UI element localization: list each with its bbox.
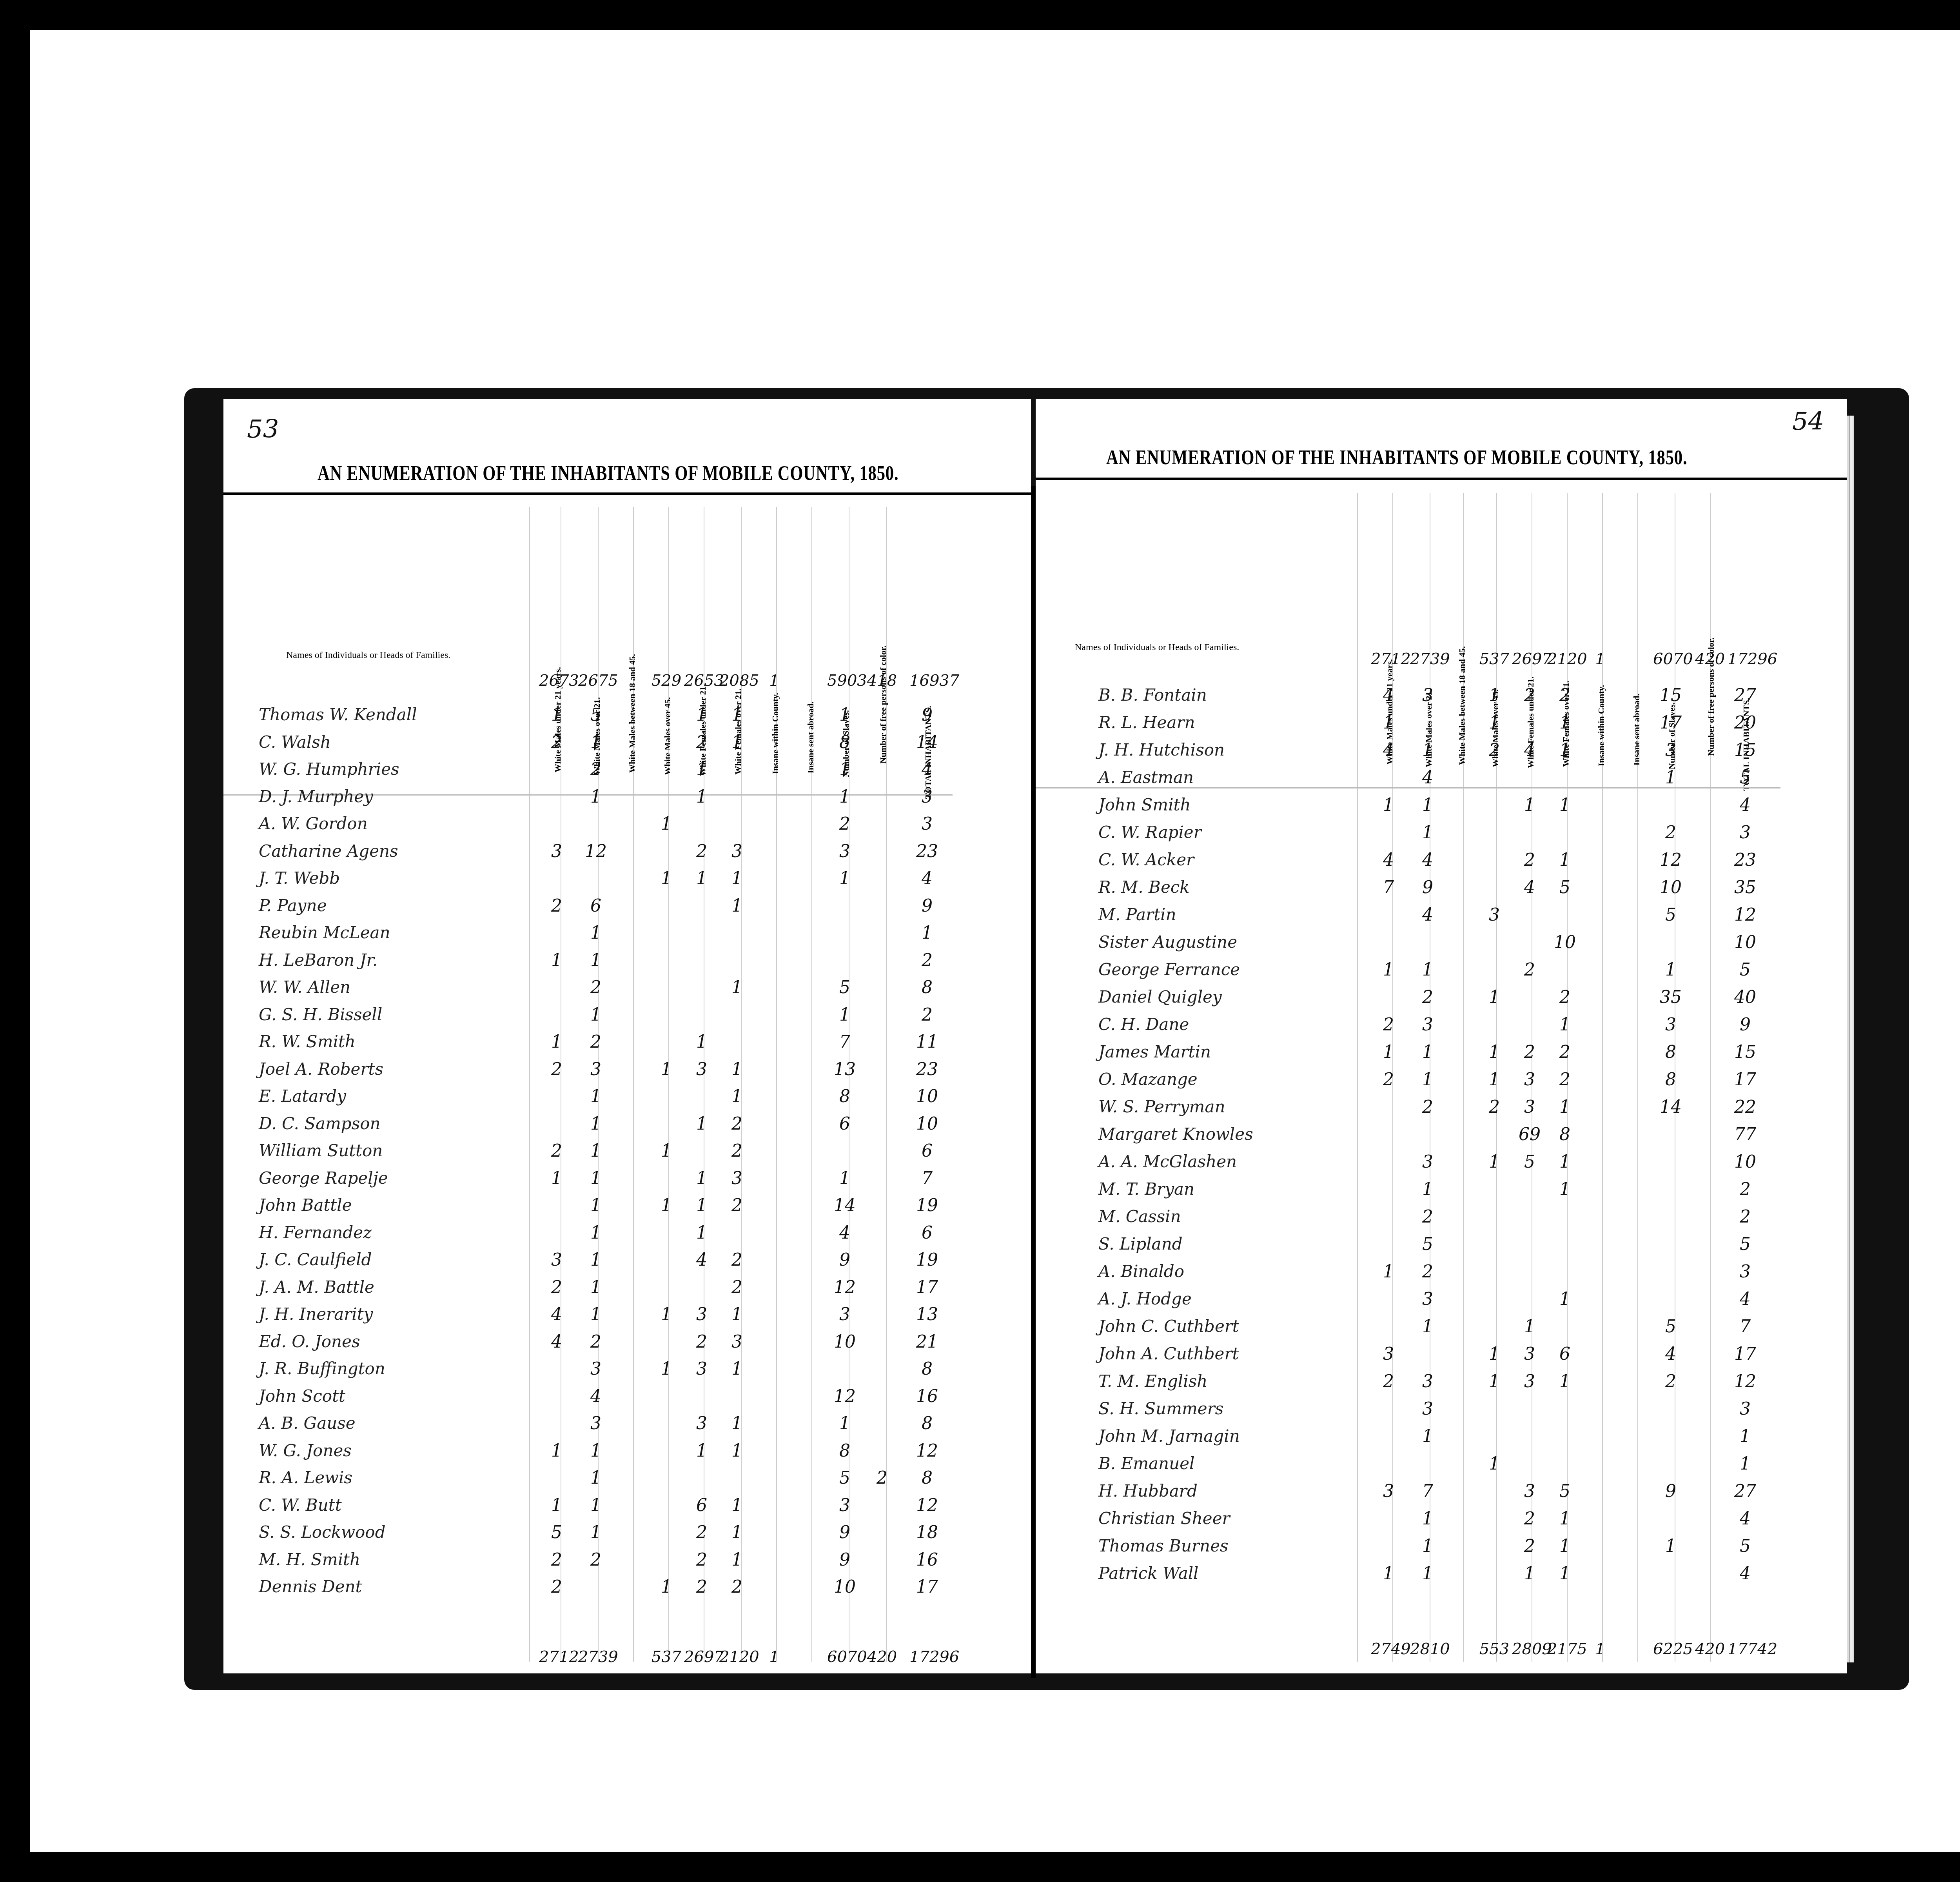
cell-value: 3 [909, 787, 945, 807]
household-name: G. S. H. Bissell [259, 1005, 382, 1024]
cell-value: 8 [827, 1086, 862, 1106]
household-name: Margaret Knowles [1098, 1124, 1253, 1144]
household-name: J. R. Buffington [259, 1359, 385, 1378]
household-name: William Sutton [259, 1141, 383, 1160]
household-name: R. L. Hearn [1098, 713, 1195, 732]
column-header: Insane sent abroad. [1632, 694, 1642, 766]
cell-value: 2712 [539, 1648, 574, 1666]
cell-value: 1 [578, 1005, 613, 1025]
cell-value: 1 [719, 868, 755, 888]
cell-value: 7 [909, 1168, 945, 1188]
cell-value: 1 [1547, 795, 1583, 815]
cell-value: 6 [827, 1114, 862, 1134]
cell-value: 1 [1547, 740, 1583, 760]
cell-value: 2675 [578, 672, 613, 690]
cell-value: 1 [578, 1168, 613, 1188]
cell-value: 2 [1728, 1207, 1763, 1227]
scan-canvas: 53 AN ENUMERATION OF THE INHABITANTS OF … [0, 0, 1960, 1882]
cell-value: 2 [539, 896, 574, 916]
cell-value: 1 [1410, 960, 1445, 980]
cell-value: 10 [827, 1332, 862, 1352]
cell-value: 4 [1728, 1289, 1763, 1309]
cell-value: 1 [1477, 1152, 1512, 1172]
household-name: Sister Augustine [1098, 932, 1237, 952]
household-name: George Rapelje [259, 1168, 388, 1188]
cell-value: 1 [1547, 850, 1583, 870]
cell-value: 1 [827, 759, 862, 779]
cell-value: 1 [827, 787, 862, 807]
household-name: S. S. Lockwood [259, 1522, 386, 1542]
cell-value: 3 [684, 1413, 719, 1433]
cell-value: 1 [1477, 1344, 1512, 1364]
cell-value: 1 [827, 705, 862, 725]
cell-value: 1 [578, 1522, 613, 1542]
cell-value: 1 [1371, 1042, 1406, 1062]
cell-value: 35 [1653, 987, 1688, 1007]
cell-value: 2673 [539, 672, 574, 690]
cell-value: 2 [1371, 1070, 1406, 1090]
cell-value: 7 [1410, 1481, 1445, 1501]
household-name: D. J. Murphey [259, 787, 373, 806]
cell-value: 1 [1371, 1564, 1406, 1584]
household-name: J. H. Hutchison [1098, 740, 1225, 759]
cell-value: 10 [1653, 877, 1688, 897]
column-header: Number of free persons of color. [878, 645, 888, 763]
cell-value: 1 [1477, 713, 1512, 733]
cell-value: 420 [1692, 1640, 1728, 1658]
cell-value: 1 [539, 705, 574, 725]
cell-value: 4 [1410, 768, 1445, 788]
cell-value: 16937 [909, 672, 945, 690]
cell-value: 2712 [1371, 650, 1406, 668]
cell-value: 6 [1547, 1344, 1583, 1364]
household-name: Christian Sheer [1098, 1509, 1230, 1528]
cell-value: 16 [909, 1550, 945, 1570]
cell-value: 2 [1477, 740, 1512, 760]
cell-value: 13 [909, 1304, 945, 1324]
cell-value: 1 [1512, 795, 1547, 815]
cell-value: 2 [864, 1468, 900, 1488]
cell-value: 2 [1728, 1179, 1763, 1199]
cell-value: 1 [1547, 1536, 1583, 1556]
column-rule [529, 507, 530, 1662]
cell-value: 2 [1653, 823, 1688, 843]
cell-value: 12 [827, 1386, 862, 1406]
cell-value: 3 [578, 1359, 613, 1379]
cell-value: 2 [719, 1577, 755, 1597]
cell-value: 4 [578, 1386, 613, 1406]
cell-value: 5 [827, 977, 862, 997]
cell-value: 4 [827, 1223, 862, 1243]
cell-value: 19 [909, 1250, 945, 1270]
cell-value: 2 [1512, 850, 1547, 870]
cell-value: 2 [578, 759, 613, 779]
cell-value: 8 [909, 1413, 945, 1433]
cell-value: 17 [1728, 1070, 1763, 1090]
cell-value: 1 [719, 896, 755, 916]
cell-value: 3 [1371, 1481, 1406, 1501]
cell-value: 10 [827, 1577, 862, 1597]
cell-value: 2175 [1547, 1640, 1583, 1658]
cell-value: 4 [1371, 850, 1406, 870]
cell-value: 4 [1728, 795, 1763, 815]
cell-value: 1 [1410, 1042, 1445, 1062]
cell-value: 1 [1547, 1289, 1583, 1309]
left-page: 53 AN ENUMERATION OF THE INHABITANTS OF … [223, 399, 1031, 1673]
cell-value: 17 [909, 1577, 945, 1597]
cell-value: 2 [1371, 1372, 1406, 1392]
cell-value: 1 [719, 1059, 755, 1079]
cell-value: 23 [909, 841, 945, 861]
cell-value: 3 [539, 841, 574, 861]
right-page: 54 AN ENUMERATION OF THE INHABITANTS OF … [1036, 399, 1847, 1673]
cell-value: 3 [1728, 1399, 1763, 1419]
cell-value: 21 [909, 1332, 945, 1352]
cell-value: 2697 [684, 1648, 719, 1666]
cell-value: 2 [719, 1114, 755, 1134]
household-name: M. Cassin [1098, 1207, 1181, 1226]
cell-value: 1 [827, 1005, 862, 1025]
cell-value: 2 [1410, 1262, 1445, 1282]
cell-value: 1 [578, 1441, 613, 1461]
cell-value: 3 [1371, 1344, 1406, 1364]
household-name: W. W. Allen [259, 977, 350, 997]
cell-value: 1 [1410, 1536, 1445, 1556]
cell-value: 3 [1728, 823, 1763, 843]
cell-value: 2 [1477, 1097, 1512, 1117]
cell-value: 2 [827, 814, 862, 834]
cell-value: 1 [684, 787, 719, 807]
column-rule [1357, 493, 1358, 1662]
cell-value: 1 [578, 950, 613, 970]
cell-value: 2 [719, 1141, 755, 1161]
household-name: W. G. Humphries [259, 759, 399, 779]
cell-value: 3 [1410, 1289, 1445, 1309]
cell-value: 4 [1728, 1509, 1763, 1529]
cell-value: 1 [1410, 1179, 1445, 1199]
cell-value: 5 [827, 1468, 862, 1488]
household-name: James Martin [1098, 1042, 1211, 1061]
cell-value: 3 [1653, 740, 1688, 760]
cell-value: 1 [1477, 987, 1512, 1007]
cell-value: 12 [827, 1277, 862, 1297]
cell-value: 1 [649, 1141, 684, 1161]
cell-value: 2085 [719, 672, 755, 690]
cell-value: 6 [909, 1223, 945, 1243]
cell-value: 5 [1547, 1481, 1583, 1501]
cell-value: 2 [1512, 1536, 1547, 1556]
cell-value: 9 [827, 1250, 862, 1270]
cell-value: 537 [1477, 650, 1512, 668]
cell-value: 1 [684, 1441, 719, 1461]
cell-value: 1 [719, 1522, 755, 1542]
column-header: Insane within County. [1596, 685, 1606, 766]
cell-value: 3 [909, 814, 945, 834]
cell-value: 7 [827, 1032, 862, 1052]
household-name: Dennis Dent [259, 1577, 362, 1596]
cell-value: 5 [1728, 1234, 1763, 1254]
cell-value: 537 [649, 1648, 684, 1666]
cell-value: 1 [719, 1413, 755, 1433]
cell-value: 2 [1512, 1042, 1547, 1062]
cell-value: 3 [578, 1059, 613, 1079]
cell-value: 1 [1410, 1509, 1445, 1529]
cell-value: 10 [1547, 932, 1583, 952]
cell-value: 2 [684, 841, 719, 861]
cell-value: 1 [578, 1114, 613, 1134]
cell-value: 2 [539, 1550, 574, 1570]
household-name: A. A. McGlashen [1098, 1152, 1237, 1171]
cell-value: 1 [1547, 1372, 1583, 1392]
cell-value: 3 [719, 1168, 755, 1188]
household-name: J. T. Webb [259, 868, 340, 888]
cell-value: 1 [1477, 1372, 1512, 1392]
column-header: White Males over 45. [662, 697, 673, 775]
cell-value: 3 [1512, 1481, 1547, 1501]
cell-value: 9 [827, 1522, 862, 1542]
column-rule [1637, 493, 1638, 1662]
cell-value: 3 [719, 841, 755, 861]
cell-value: 3 [827, 1495, 862, 1515]
cell-value: 4 [1512, 740, 1547, 760]
cell-value: 3 [827, 1304, 862, 1324]
cell-value: 1 [1653, 768, 1688, 788]
cell-value: 1 [827, 868, 862, 888]
page-title: AN ENUMERATION OF THE INHABITANTS OF MOB… [1106, 446, 1687, 469]
cell-value: 2 [539, 1277, 574, 1297]
cell-value: 1 [1410, 740, 1445, 760]
cell-value: 8 [909, 1468, 945, 1488]
cell-value: 2 [1410, 987, 1445, 1007]
cell-value: 1 [649, 1359, 684, 1379]
household-name: C. W. Acker [1098, 850, 1194, 869]
cell-value: 8 [827, 732, 862, 752]
household-name: Thomas W. Kendall [259, 705, 417, 724]
household-name: Catharine Agens [259, 841, 398, 861]
column-header: White Females over 21. [733, 688, 743, 775]
household-name: W. S. Perryman [1098, 1097, 1225, 1116]
cell-value: 12 [1728, 905, 1763, 925]
cell-value: 4 [1512, 877, 1547, 897]
household-name: A. W. Gordon [259, 814, 368, 833]
cell-value: 8 [827, 1441, 862, 1461]
cell-value: 1 [578, 923, 613, 943]
cell-value: 1 [684, 868, 719, 888]
household-name: C. W. Butt [259, 1495, 342, 1515]
cell-value: 2 [1512, 960, 1547, 980]
cell-value: 2 [684, 1522, 719, 1542]
cell-value: 1 [827, 1168, 862, 1188]
cell-value: 1 [1477, 1454, 1512, 1474]
cell-value: 14 [909, 732, 945, 752]
cell-value: 1 [1728, 1454, 1763, 1474]
cell-value: 2810 [1410, 1640, 1445, 1658]
cell-value: 1 [1410, 823, 1445, 843]
cell-value: 7 [1371, 877, 1406, 897]
household-name: H. Fernandez [259, 1223, 372, 1242]
cell-value: 1 [1371, 1262, 1406, 1282]
column-rule [811, 507, 812, 1662]
column-header: White Males between 18 and 45. [627, 654, 637, 773]
household-name: P. Payne [259, 896, 327, 915]
cell-value: 3 [1410, 1399, 1445, 1419]
household-name: R. M. Beck [1098, 877, 1190, 897]
cell-value: 5 [1547, 877, 1583, 897]
cell-value: 4 [909, 868, 945, 888]
cell-value: 2 [719, 1195, 755, 1215]
cell-value: 2 [539, 1059, 574, 1079]
cell-value: 3 [684, 1059, 719, 1079]
cell-value: 4 [1728, 1564, 1763, 1584]
cell-value: 8 [1653, 1070, 1688, 1090]
cell-value: 6 [578, 896, 613, 916]
cell-value: 1 [1653, 960, 1688, 980]
cell-value: 1 [578, 1141, 613, 1161]
household-name: John Smith [1098, 795, 1191, 814]
cell-value: 6 [909, 1141, 945, 1161]
cell-value: 1 [1410, 795, 1445, 815]
cell-value: 2 [539, 1577, 574, 1597]
cell-value: 6225 [1653, 1640, 1688, 1658]
cell-value: 420 [1692, 650, 1728, 668]
household-name: J. A. M. Battle [259, 1277, 374, 1297]
page-title: AN ENUMERATION OF THE INHABITANTS OF MOB… [318, 462, 898, 485]
cell-value: 4 [539, 1304, 574, 1324]
cell-value: 3 [719, 1332, 755, 1352]
cell-value: 6070 [1653, 650, 1688, 668]
name-column-header: Names of Individuals or Heads of Familie… [286, 650, 450, 661]
cell-value: 1 [1410, 1426, 1445, 1446]
cell-value: 10 [909, 1114, 945, 1134]
cell-value: 3 [1512, 1372, 1547, 1392]
cell-value: 1 [684, 1032, 719, 1052]
cell-value: 17 [1728, 1344, 1763, 1364]
cell-value: 4 [684, 1250, 719, 1270]
cell-value: 1 [1477, 685, 1512, 705]
cell-value: 2 [539, 732, 574, 752]
cell-value: 6 [684, 1495, 719, 1515]
cell-value: 3 [539, 1250, 574, 1270]
cell-value: 12 [909, 1495, 945, 1515]
cell-value: 3 [1512, 1344, 1547, 1364]
cell-value: 3 [827, 841, 862, 861]
cell-value: 14 [827, 1195, 862, 1215]
cell-value: 3 [1512, 1070, 1547, 1090]
household-name: B. B. Fontain [1098, 685, 1207, 705]
cell-value: 13 [827, 1059, 862, 1079]
cell-value: 2 [1547, 1042, 1583, 1062]
household-name: S. Lipland [1098, 1234, 1183, 1253]
cell-value: 1 [1547, 1179, 1583, 1199]
cell-value: 8 [1653, 1042, 1688, 1062]
cell-value: 2749 [1371, 1640, 1406, 1658]
household-name: Patrick Wall [1098, 1564, 1199, 1583]
cell-value: 1 [649, 1195, 684, 1215]
cell-value: 5 [578, 705, 613, 725]
cell-value: 14 [1653, 1097, 1688, 1117]
cell-value: 1 [719, 1550, 755, 1570]
household-name: R. A. Lewis [259, 1468, 352, 1487]
cell-value: 1 [1728, 1426, 1763, 1446]
cell-value: 1 [1410, 1070, 1445, 1090]
cell-value: 4 [1653, 1344, 1688, 1364]
cell-value: 1 [1512, 1317, 1547, 1337]
cell-value: 40 [1728, 987, 1763, 1007]
cell-value: 2 [539, 1141, 574, 1161]
cell-value: 1 [1547, 1509, 1583, 1529]
cell-value: 5 [1410, 1234, 1445, 1254]
cell-value: 1 [578, 1277, 613, 1297]
cell-value: 1 [1653, 1536, 1688, 1556]
cell-value: 2 [578, 1032, 613, 1052]
cell-value: 6070 [827, 1648, 862, 1666]
name-column-header: Names of Individuals or Heads of Familie… [1075, 642, 1239, 653]
cell-value: 15 [1728, 740, 1763, 760]
household-name: T. M. English [1098, 1372, 1207, 1391]
cell-value: 1 [1410, 1317, 1445, 1337]
cell-value: 2 [1410, 1207, 1445, 1227]
cell-value: 1 [578, 1223, 613, 1243]
cell-value: 17296 [909, 1648, 945, 1666]
cell-value: 1 [719, 1086, 755, 1106]
cell-value: 3 [1410, 1372, 1445, 1392]
household-name: M. Partin [1098, 905, 1176, 924]
cell-value: 1 [1477, 1042, 1512, 1062]
cell-value: 1 [1410, 1564, 1445, 1584]
cell-value: 1 [539, 1441, 574, 1461]
cell-value: 1 [827, 1413, 862, 1433]
cell-value: 1 [578, 787, 613, 807]
household-name: Daniel Quigley [1098, 987, 1222, 1006]
cell-value: 69 [1512, 1124, 1547, 1144]
cell-value: 1 [1547, 1152, 1583, 1172]
cell-value: 2120 [719, 1648, 755, 1666]
cell-value: 5 [1653, 905, 1688, 925]
cell-value: 1 [1477, 1070, 1512, 1090]
cell-value: 17 [1653, 713, 1688, 733]
cell-value: 1 [757, 672, 792, 690]
household-name: John M. Jarnagin [1098, 1426, 1240, 1446]
cell-value: 17 [909, 1277, 945, 1297]
cell-value: 1 [757, 1648, 792, 1666]
cell-value: 2 [684, 732, 719, 752]
household-name: J. C. Caulfield [259, 1250, 372, 1269]
cell-value: 2653 [684, 672, 719, 690]
cell-value: 8 [909, 1359, 945, 1379]
household-name: Thomas Burnes [1098, 1536, 1229, 1555]
cell-value: 5 [539, 1522, 574, 1542]
cell-value: 1 [1512, 1564, 1547, 1584]
cell-value: 3 [1410, 1152, 1445, 1172]
cell-value: 2 [684, 1550, 719, 1570]
cell-value: 9 [1410, 877, 1445, 897]
household-name: A. Binaldo [1098, 1262, 1184, 1281]
cell-value: 2 [684, 1577, 719, 1597]
cell-value: 1 [684, 1195, 719, 1215]
cell-value: 27 [1728, 685, 1763, 705]
cell-value: 2 [719, 1250, 755, 1270]
household-name: R. W. Smith [259, 1032, 356, 1051]
cell-value: 1 [684, 1223, 719, 1243]
cell-value: 1 [578, 1468, 613, 1488]
cell-value: 4 [1371, 740, 1406, 760]
household-name: Joel A. Roberts [259, 1059, 383, 1079]
cell-value: 1 [1371, 960, 1406, 980]
cell-value: 3 [1728, 1262, 1763, 1282]
cell-value: 1 [719, 1441, 755, 1461]
household-name: O. Mazange [1098, 1070, 1198, 1089]
household-name: A. Eastman [1098, 768, 1194, 787]
